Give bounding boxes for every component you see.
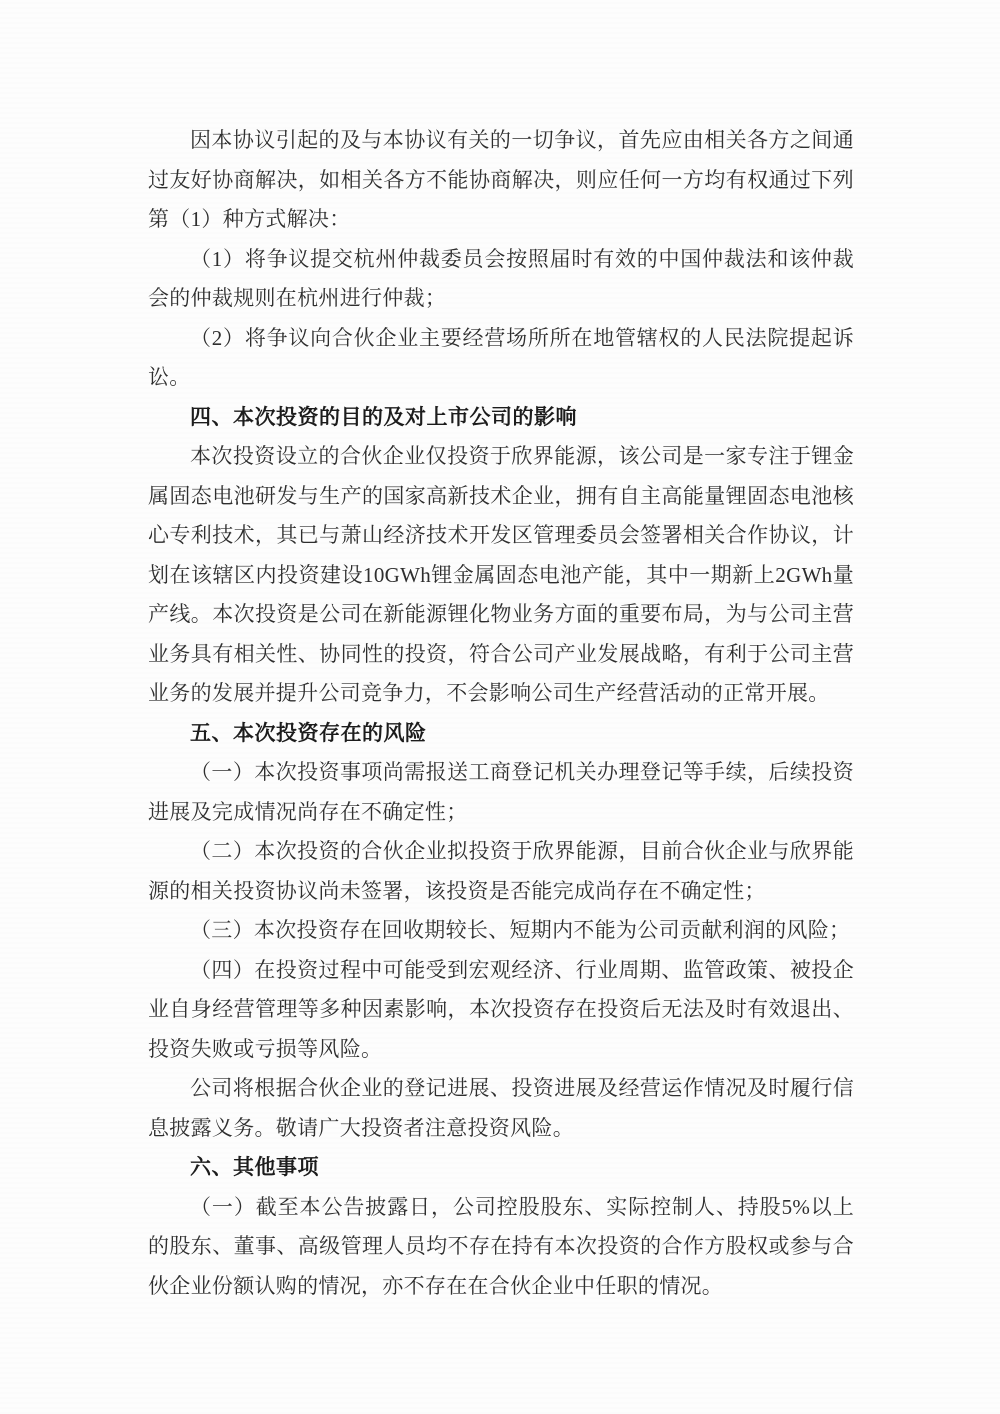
section-heading: 六、其他事项 bbox=[148, 1148, 854, 1188]
paragraph: （1）将争议提交杭州仲裁委员会按照届时有效的中国仲裁法和该仲裁会的仲裁规则在杭州… bbox=[148, 240, 854, 319]
document-content: 因本协议引起的及与本协议有关的一切争议，首先应由相关各方之间通过友好协商解决，如… bbox=[148, 121, 854, 1306]
section-heading: 五、本次投资存在的风险 bbox=[148, 714, 854, 754]
paragraph: （2）将争议向合伙企业主要经营场所所在地管辖权的人民法院提起诉讼。 bbox=[148, 319, 854, 398]
paragraph: （一）本次投资事项尚需报送工商登记机关办理登记等手续，后续投资进展及完成情况尚存… bbox=[148, 753, 854, 832]
paragraph: 因本协议引起的及与本协议有关的一切争议，首先应由相关各方之间通过友好协商解决，如… bbox=[148, 121, 854, 240]
paragraph: （四）在投资过程中可能受到宏观经济、行业周期、监管政策、被投企业自身经营管理等多… bbox=[148, 951, 854, 1070]
paragraph: （一）截至本公告披露日，公司控股股东、实际控制人、持股5%以上的股东、董事、高级… bbox=[148, 1188, 854, 1307]
paragraph: （三）本次投资存在回收期较长、短期内不能为公司贡献利润的风险； bbox=[148, 911, 854, 951]
paragraph: 本次投资设立的合伙企业仅投资于欣界能源，该公司是一家专注于锂金属固态电池研发与生… bbox=[148, 437, 854, 714]
section-heading: 四、本次投资的目的及对上市公司的影响 bbox=[148, 398, 854, 438]
paragraph: 公司将根据合伙企业的登记进展、投资进展及经营运作情况及时履行信息披露义务。敬请广… bbox=[148, 1069, 854, 1148]
document-page: 因本协议引起的及与本协议有关的一切争议，首先应由相关各方之间通过友好协商解决，如… bbox=[0, 0, 1000, 1414]
paragraph: （二）本次投资的合伙企业拟投资于欣界能源，目前合伙企业与欣界能源的相关投资协议尚… bbox=[148, 832, 854, 911]
